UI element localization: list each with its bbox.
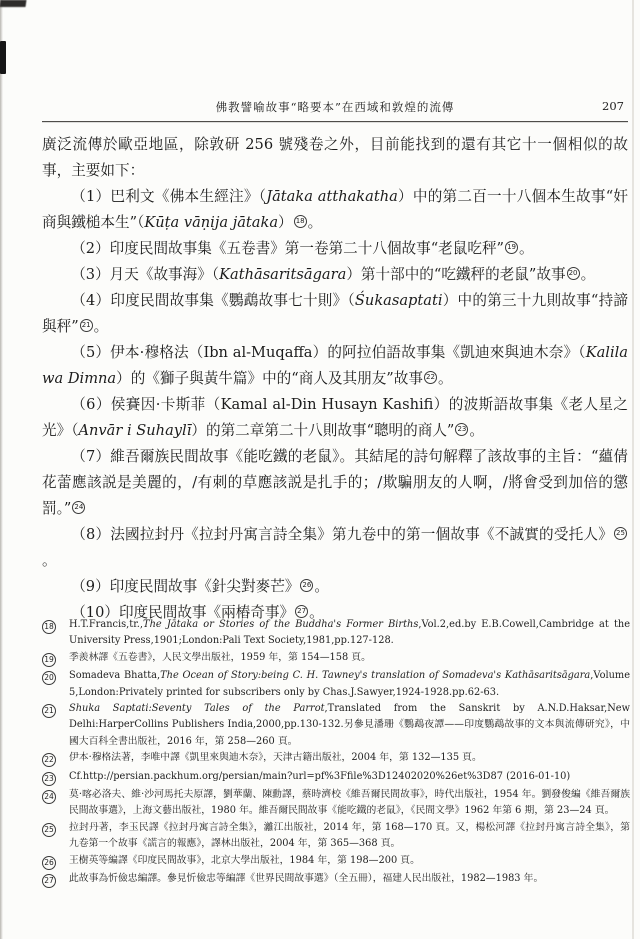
text-run: （8）法國拉封丹《拉封丹寓言詩全集》第九卷中的第一個故事《不誠實的受托人》 (71, 526, 613, 543)
list-item: （3）月天《故事海》（Kathāsaritsāgara）第十部中的“吃鐵秤的老鼠… (42, 262, 628, 288)
text-run: （5）伊本·穆格法（Ibn al-Muqaffa）的阿拉伯語故事集《凱迪來與迪木… (71, 344, 586, 361)
footnote-number-circle: 20 (42, 671, 56, 685)
footnote-ref: 19 (505, 241, 518, 254)
text-run: ）的《獅子與黃牛篇》中的“商人及其朋友”故事 (116, 370, 423, 387)
story-list: （1）巴利文《佛本生經注》（Jātaka atthakatha）中的第二百一十八… (42, 184, 628, 626)
footnotes-section: 18H.T.Francis,tr.,The Jātaka or Stories … (42, 617, 630, 890)
text-run: ）第十部中的“吃鐵秤的老鼠”故事 (346, 266, 565, 283)
footnote-number: 20 (42, 668, 69, 686)
latin-title: Jātaka atthakatha (266, 188, 398, 205)
footnote-ref: 21 (80, 319, 93, 332)
footnote-ref: 25 (614, 527, 627, 540)
text-run: 莫·喀必洛夫、維·沙河馬托夫原譯，劉華蘭、陳勳譯，蔡時濟校《維吾爾民間故事》，時… (69, 789, 630, 816)
text-run: （3）月天《故事海》（ (71, 266, 219, 283)
text-run: 王樹英等編譯《印度民間故事》，北京大學出版社，1984 年，第 198—200 … (69, 855, 420, 866)
text-run: 。 (469, 422, 484, 439)
footnote-row: 19季羨林譯《五卷書》，人民文學出版社，1959 年，第 154—158 頁。 (42, 650, 630, 668)
footnote-ref: 18 (294, 215, 307, 228)
text-run: Cf.http://persian.packhum.org/persian/ma… (69, 771, 570, 782)
text-run: （1）巴利文《佛本生經注》（ (71, 188, 266, 205)
text-run: ）的第二章第二十八則故事“聰明的商人” (191, 422, 454, 439)
text-run: 。 (581, 266, 596, 283)
main-text: 廣泛流傳於歐亞地區，除敦研 256 號殘卷之外，目前能找到的還有其它十一個相似的… (42, 132, 628, 626)
footnote-text: 季羨林譯《五卷書》，人民文學出版社，1959 年，第 154—158 頁。 (69, 650, 630, 666)
text-run: （7）維吾爾族民間故事《能吃鐵的老鼠》。其結尾的詩句解釋了該故事的主旨：“蘊倩花… (42, 448, 628, 517)
page-number: 207 (602, 99, 624, 113)
footnote-number: 26 (42, 853, 69, 871)
list-item: （7）維吾爾族民間故事《能吃鐵的老鼠》。其結尾的詩句解釋了該故事的主旨：“蘊倩花… (42, 444, 628, 522)
page-header: 佛教譬喻故事“略要本”在西域和敦煌的流傳 207 (42, 99, 628, 117)
text-run: （9）印度民間故事《針尖對麥芒》 (71, 578, 299, 595)
footnote-text: 王樹英等編譯《印度民間故事》，北京大學出版社，1984 年，第 198—200 … (69, 853, 630, 869)
footnote-text: Shuka Saptati:Seventy Tales of the Parro… (69, 701, 630, 750)
footnote-row: 22伊本·穆格法著，李唯中譯《凱里來與迪木奈》，天津古籍出版社，2004 年，第… (42, 750, 630, 768)
footnote-row: 23Cf.http://persian.packhum.org/persian/… (42, 769, 630, 787)
list-item: （1）巴利文《佛本生經注》（Jātaka atthakatha）中的第二百一十八… (42, 184, 628, 236)
list-item: （2）印度民間故事集《五卷書》第一卷第二十八個故事“老鼠吃秤”19。 (42, 236, 628, 262)
footnote-ref: 22 (424, 371, 437, 384)
footnote-number-circle: 18 (42, 620, 56, 634)
footnote-number: 27 (42, 871, 69, 889)
footnote-number: 19 (42, 650, 69, 668)
list-item: （9）印度民間故事《針尖對麥芒》26。 (42, 574, 628, 600)
list-item: （5）伊本·穆格法（Ibn al-Muqaffa）的阿拉伯語故事集《凱迪來與迪木… (42, 340, 628, 392)
footnote-number-circle: 19 (42, 653, 56, 667)
footnote-number-circle: 27 (42, 874, 56, 888)
text-run: Somadeva Bhatta, (69, 670, 160, 681)
footnote-number: 18 (42, 617, 69, 635)
footnote-number-circle: 24 (42, 790, 56, 804)
footnote-number-circle: 26 (42, 856, 56, 870)
text-run: 。 (314, 578, 329, 595)
footnote-number-circle: 25 (42, 823, 56, 837)
footnote-text: Cf.http://persian.packhum.org/persian/ma… (69, 769, 630, 785)
latin-title: The Ocean of Story:being C. H. Tawney's … (160, 670, 590, 681)
footnote-text: 伊本·穆格法著，李唯中譯《凱里來與迪木奈》，天津古籍出版社，2004 年，第 1… (69, 750, 630, 766)
footnote-row: 26王樹英等編譯《印度民間故事》，北京大學出版社，1984 年，第 198—20… (42, 853, 630, 871)
text-run: 伊本·穆格法著，李唯中譯《凱里來與迪木奈》，天津古籍出版社，2004 年，第 1… (69, 752, 482, 763)
footnote-number-circle: 22 (42, 753, 56, 767)
text-run: （4）印度民間故事集《鸚鵡故事七十則》（ (71, 292, 355, 309)
footnote-number: 23 (42, 769, 69, 787)
list-item: （8）法國拉封丹《拉封丹寓言詩全集》第九卷中的第一個故事《不誠實的受托人》25。 (42, 522, 628, 574)
footnote-text: 此故事為忻儉忠編譯。參見忻儉忠等編譯《世界民間故事選》（全五冊），福建人民出版社… (69, 871, 630, 887)
footnote-row: 21Shuka Saptati:Seventy Tales of the Par… (42, 701, 630, 750)
list-item: （4）印度民間故事集《鸚鵡故事七十則》（Śukasaptati）中的第三十九則故… (42, 288, 628, 340)
footnote-number: 25 (42, 820, 69, 838)
text-run: 。 (94, 318, 109, 335)
text-run: ） (278, 214, 293, 231)
intro-paragraph: 廣泛流傳於歐亞地區，除敦研 256 號殘卷之外，目前能找到的還有其它十一個相似的… (42, 132, 628, 184)
footnote-row: 27此故事為忻儉忠編譯。參見忻儉忠等編譯《世界民間故事選》（全五冊），福建人民出… (42, 871, 630, 889)
footnote-text: 拉封丹著，李玉民譯《拉封丹寓言詩全集》，灕江出版社，2014 年，第 168—1… (69, 820, 630, 853)
latin-title: Śukasaptati (355, 292, 443, 309)
footnote-text: 莫·喀必洛夫、維·沙河馬托夫原譯，劉華蘭、陳勳譯，蔡時濟校《維吾爾民間故事》，時… (69, 787, 630, 820)
footnote-row: 20Somadeva Bhatta,The Ocean of Story:bei… (42, 668, 630, 701)
footnote-row: 18H.T.Francis,tr.,The Jātaka or Stories … (42, 617, 630, 650)
footnote-text: H.T.Francis,tr.,The Jātaka or Stories of… (69, 617, 630, 650)
footnote-ref: 24 (72, 501, 85, 514)
footnote-text: Somadeva Bhatta,The Ocean of Story:being… (69, 668, 630, 701)
text-run: 此故事為忻儉忠編譯。參見忻儉忠等編譯《世界民間故事選》（全五冊），福建人民出版社… (69, 873, 543, 884)
footnote-number-circle: 23 (42, 772, 56, 786)
header-rule (42, 121, 628, 122)
footnote-number: 21 (42, 701, 69, 719)
scan-artifact-corner (0, 0, 26, 7)
scan-edge-left (0, 0, 3, 939)
latin-title: Shuka Saptati:Seventy Tales of the Parro… (69, 703, 325, 714)
footnote-row: 25拉封丹著，李玉民譯《拉封丹寓言詩全集》，灕江出版社，2014 年，第 168… (42, 820, 630, 853)
footnote-ref: 23 (455, 423, 468, 436)
footnote-row: 24莫·喀必洛夫、維·沙河馬托夫原譯，劉華蘭、陳勳譯，蔡時濟校《維吾爾民間故事》… (42, 787, 630, 820)
running-title: 佛教譬喻故事“略要本”在西域和敦煌的流傳 (42, 99, 628, 115)
text-run: 。 (308, 214, 323, 231)
text-run: H.T.Francis,tr., (69, 619, 143, 630)
footnote-ref: 20 (567, 267, 580, 280)
footnote-number: 22 (42, 750, 69, 768)
scan-edge-right (632, 0, 634, 939)
latin-title: The Jātaka or Stories of the Buddha's Fo… (143, 619, 418, 630)
text-run: 季羨林譯《五卷書》，人民文學出版社，1959 年，第 154—158 頁。 (69, 652, 371, 663)
footnote-ref: 26 (300, 579, 313, 592)
text-run: 。 (438, 370, 453, 387)
list-item: （6）侯賽因·卡斯菲（Kamal al-Din Husayn Kashifi）的… (42, 392, 628, 444)
scan-artifact-bar (0, 41, 6, 74)
latin-title: Anvār i Suhaylī (78, 422, 191, 439)
text-run: （2）印度民間故事集《五卷書》第一卷第二十八個故事“老鼠吃秤” (71, 240, 504, 257)
scanned-book-page: 佛教譬喻故事“略要本”在西域和敦煌的流傳 207 廣泛流傳於歐亞地區，除敦研 2… (0, 0, 640, 939)
text-run: 。 (519, 240, 534, 257)
text-run: 。 (42, 552, 57, 569)
latin-title: Kūṭa vāṇija jātaka (144, 214, 278, 231)
footnote-number: 24 (42, 787, 69, 805)
latin-title: Kathāsaritsāgara (219, 266, 346, 283)
text-run: 拉封丹著，李玉民譯《拉封丹寓言詩全集》，灕江出版社，2014 年，第 168—1… (69, 822, 630, 849)
footnote-number-circle: 21 (42, 704, 56, 718)
